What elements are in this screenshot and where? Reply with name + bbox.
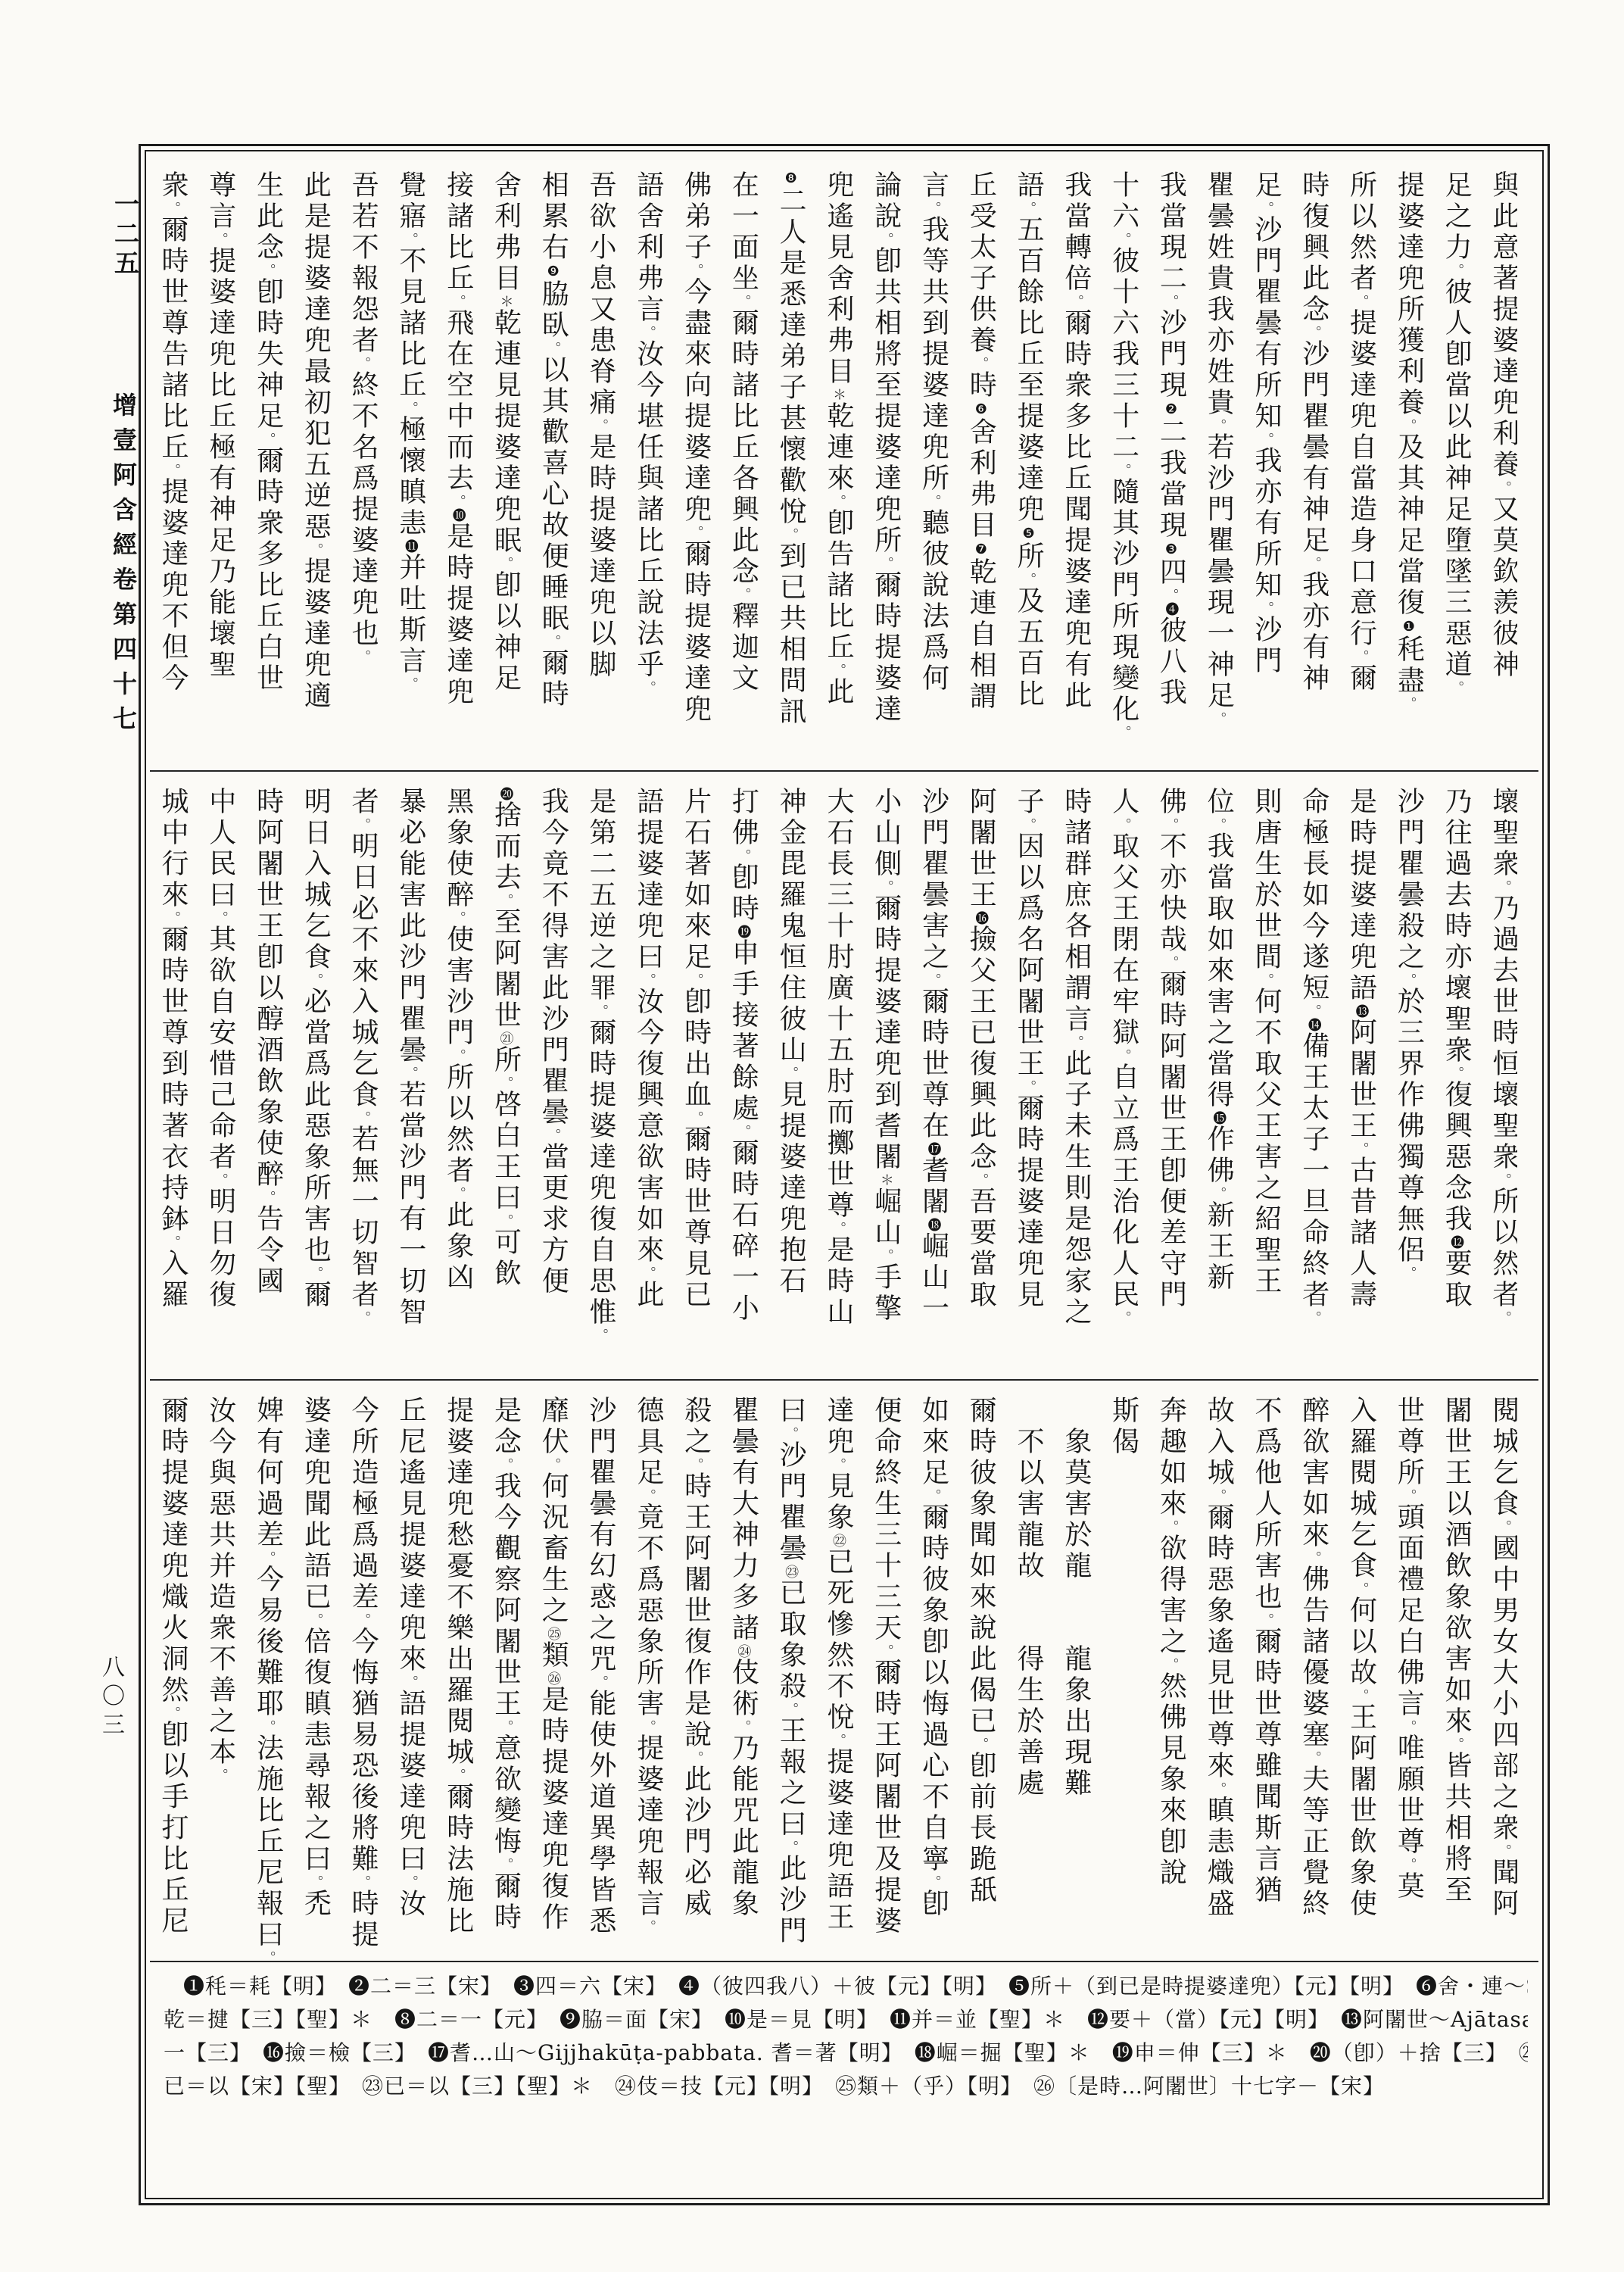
text-column: 提婆達兜所獲利養。及其神足當復❶秏盡。 bbox=[1395, 170, 1422, 761]
text-column: 不爲他人所害也。爾時世尊雖聞斯言猶 bbox=[1252, 1396, 1280, 1965]
variant-apparatus: ❶秏＝耗【明】 ❷二＝三【宋】 ❸四＝六【宋】 ❹（彼四我八）＋彼【元】【明】 … bbox=[164, 1970, 1528, 2105]
text-column: 此是提婆達兜最初犯五逆惡。提婆達兜適 bbox=[301, 170, 329, 761]
apparatus-divider bbox=[150, 1961, 1538, 1962]
register-middle: 壞聖衆。乃過去世時恒壞聖衆。所以然者。乃往過去時亦壞聖衆。復興惡念我⓬要取沙門瞿… bbox=[159, 787, 1517, 1369]
text-column: 論說。卽共相將至提婆達兜所。爾時提婆達 bbox=[872, 170, 899, 761]
text-column: 闍世王以酒飲象欲害如來。皆共相將至 bbox=[1442, 1396, 1470, 1965]
text-column: 沙門瞿曇殺之。於三界作佛獨尊無侶。 bbox=[1395, 787, 1422, 1369]
text-column: 佛。不亦快哉。爾時阿闍世王卽便差守門 bbox=[1157, 787, 1184, 1369]
text-column: 壞聖衆。乃過去世時恒壞聖衆。所以然者。 bbox=[1490, 787, 1517, 1369]
register-divider bbox=[150, 1379, 1538, 1381]
text-column: 達兜。見象㉒已死慘然不悅。提婆達兜語王 bbox=[824, 1396, 852, 1965]
text-column: 時復興此念。沙門瞿曇有神足。我亦有神 bbox=[1300, 170, 1327, 761]
text-column: 片石著如來足。卽時出血。爾時世尊見已 bbox=[682, 787, 709, 1369]
text-column: 殺之。時王阿闍世復作是說。此沙門必威 bbox=[682, 1396, 709, 1965]
text-column: 中人民曰。其欲自安惜己命者。明日勿復 bbox=[207, 787, 234, 1369]
text-column: 汝今與惡共并造衆不善之本。 bbox=[207, 1396, 234, 1965]
text-column: 吾欲小息又患脊痛。是時提婆達兜以脚 bbox=[587, 170, 614, 761]
text-column: 大石長三十肘廣十五肘而擲世尊。是時山 bbox=[824, 787, 852, 1369]
text-column: 則唐生於世間。何不取父王害之紹聖王 bbox=[1252, 787, 1280, 1369]
text-column: 閱城乞食。國中男女大小四部之衆。聞阿 bbox=[1490, 1396, 1517, 1965]
text-frame: 與此意著提婆達兜利養。又莫欽羨彼神足之力。彼人卽當以此神足墮墜三惡道。提婆達兜所… bbox=[139, 144, 1550, 2205]
text-column: 便命終生三十三天。爾時王阿闍世及提婆 bbox=[872, 1396, 899, 1965]
text-column: 暴必能害此沙門瞿曇。若當沙門有一切智 bbox=[397, 787, 424, 1369]
text-column: 吾若不報怨者。終不名爲提婆達兜也。 bbox=[349, 170, 376, 761]
text-column: 沙門瞿曇害之。爾時世尊在⓱耆闍⓲崛山一 bbox=[920, 787, 947, 1369]
register-lower: 閱城乞食。國中男女大小四部之衆。聞阿闍世王以酒飲象欲害如來。皆共相將至世尊所。頭… bbox=[159, 1396, 1517, 1965]
text-column: 德具足。竟不爲惡象所害。提婆達兜報言。 bbox=[634, 1396, 662, 1965]
text-column: 是第二五逆之罪。爾時提婆達兜復自思惟。 bbox=[587, 787, 614, 1369]
text-column: 丘受太子供養。時❻舍利弗目❼乾連自相謂 bbox=[967, 170, 994, 761]
text-column: 打佛。卽時⓳申手接著餘處。爾時石碎一小 bbox=[729, 787, 756, 1369]
text-column: 乃往過去時亦壞聖衆。復興惡念我⓬要取 bbox=[1442, 787, 1470, 1369]
text-column: 提婆達兜愁憂不樂出羅閱城。爾時法施比 bbox=[444, 1396, 472, 1965]
text-column: 足。沙門瞿曇有所知。我亦有所知。沙門 bbox=[1252, 170, 1280, 761]
text-column: 沙門瞿曇有幻惑之咒。能使外道異學皆悉 bbox=[587, 1396, 614, 1965]
text-column: 生此念。卽時失神足。爾時衆多比丘白世 bbox=[254, 170, 282, 761]
text-column: 瞿曇姓貴我亦姓貴。若沙門瞿曇現一神足。 bbox=[1205, 170, 1232, 761]
text-column: 今所造極爲過差。今悔猶易恐後將難。時提 bbox=[349, 1396, 376, 1965]
text-column: 相累右❾脇臥。以其歡喜心故便睡眠。爾時 bbox=[539, 170, 566, 761]
text-column: 尊言。提婆達兜比丘極有神足乃能壞聖 bbox=[207, 170, 234, 761]
text-column: 兜遙見舍利弗目＊乾連來。卽告諸比丘。此 bbox=[824, 170, 852, 761]
text-column: 明日入城乞食。必當爲此惡象所害也。爾 bbox=[301, 787, 329, 1369]
text-column: 入羅閱城乞食。何以故。王阿闍世飲象使 bbox=[1348, 1396, 1375, 1965]
margin-folio-label: 一二五 bbox=[108, 191, 143, 279]
apparatus-line: ❶秏＝耗【明】 ❷二＝三【宋】 ❸四＝六【宋】 ❹（彼四我八）＋彼【元】【明】 … bbox=[164, 1970, 1528, 2003]
apparatus-line: 乾＝揵【三】【聖】＊ ❽二＝一【元】 ❾脇＝面【宋】 ❿是＝見【明】 ⓫并＝並【… bbox=[164, 2003, 1528, 2036]
text-column: 黑象使醉。使害沙門。所以然者。此象凶 bbox=[444, 787, 472, 1369]
text-column: 時諸群庶各相謂言。此子未生則是怨家之 bbox=[1062, 787, 1089, 1369]
text-column: 語。五百餘比丘至提婆達兜❺所。及五百比 bbox=[1015, 170, 1042, 761]
text-column: ⓴捨而去。至阿闍世㉑所。啓白王曰。可飲 bbox=[491, 787, 519, 1369]
scanned-sutra-page: 一二五 增壹阿含經卷第四十七 八〇三 與此意著提婆達兜利養。又莫欽羨彼神足之力。… bbox=[0, 0, 1624, 2272]
text-column: 神金毘羅鬼恒住彼山。見提婆達兜抱石 bbox=[777, 787, 804, 1369]
text-column: 不以害龍故 得生於善處 bbox=[1015, 1396, 1042, 1965]
text-column: 我當現二。沙門現❷二我當現❸四。❹彼八我 bbox=[1157, 170, 1184, 761]
text-column: 在一面坐。爾時諸比丘各興此念。釋迦文 bbox=[729, 170, 756, 761]
register-divider bbox=[150, 770, 1538, 772]
text-column: 阿闍世王⓰撿父王已復興此念。吾要當取 bbox=[967, 787, 994, 1369]
text-column: 接諸比丘。飛在空中而去。❿是時提婆達兜 bbox=[444, 170, 472, 761]
text-column: 曰。沙門瞿曇㉓已取象殺。王報之曰。此沙門 bbox=[777, 1396, 804, 1965]
text-column: 婢有何過差。今易後難耶。法施比丘尼報曰。 bbox=[254, 1396, 282, 1965]
text-column: 時阿闍世王卽以醇酒飲象使醉。告令國 bbox=[254, 787, 282, 1369]
text-column: 象莫害於龍 龍象出現難 bbox=[1062, 1396, 1089, 1965]
text-column: 與此意著提婆達兜利養。又莫欽羨彼神 bbox=[1490, 170, 1517, 761]
margin-scroll-title: 增壹阿含經卷第四十七 bbox=[106, 392, 141, 741]
text-column: 瞿曇有大神力多諸㉔伎術。乃能咒此龍象 bbox=[729, 1396, 756, 1965]
text-column: 命極長如今遂短。⓮備王太子一旦命終者。 bbox=[1300, 787, 1327, 1369]
text-column: 語提婆達兜曰。汝今復興意欲害如來。此 bbox=[634, 787, 662, 1369]
text-column: 語舍利弗言。汝今堪任與諸比丘說法乎。 bbox=[634, 170, 662, 761]
text-column: ❽二人是悉達弟子甚懷歡悅。到已共相問訊 bbox=[777, 170, 804, 761]
text-column: 小山側。爾時提婆達兜到耆闍＊崛山。手擎 bbox=[872, 787, 899, 1369]
apparatus-line: 已＝以【宋】【聖】 ㉓已＝以【三】【聖】＊ ㉔伎＝技【元】【明】 ㉕類＋（乎）【… bbox=[164, 2070, 1528, 2103]
text-column: 位。我當取如來害之當得⓯作佛。新王新 bbox=[1205, 787, 1232, 1369]
text-column: 世尊所。頭面禮足白佛言。唯願世尊。莫 bbox=[1395, 1396, 1422, 1965]
text-column: 足之力。彼人卽當以此神足墮墜三惡道。 bbox=[1442, 170, 1470, 761]
text-column: 佛弟子。今盡來向提婆達兜。爾時提婆達兜 bbox=[682, 170, 709, 761]
text-column: 我今竟不得害此沙門瞿曇。當更求方便 bbox=[539, 787, 566, 1369]
text-column: 婆達兜聞此語已。倍復瞋恚尋報之曰。禿 bbox=[301, 1396, 329, 1965]
text-column: 覺寤。不見諸比丘。極懷瞋恚⓫并吐斯言。 bbox=[397, 170, 424, 761]
text-column: 人。取父王閉在牢獄。自立爲王治化人民。 bbox=[1110, 787, 1137, 1369]
text-column: 醉欲害如來。佛告諸優婆塞。夫等正覺終 bbox=[1300, 1396, 1327, 1965]
text-column: 靡伏。何況畜生之㉕類㉖是時提婆達兜復作 bbox=[539, 1396, 566, 1965]
text-column: 斯偈 bbox=[1110, 1396, 1137, 1965]
apparatus-line: 一【三】 ⓰撿＝檢【三】 ⓱耆…山～Gijjhakūṭa-pabbata. 耆＝… bbox=[164, 2036, 1528, 2070]
text-column: 爾時彼象聞如來說此偈已。卽前長跪舐 bbox=[967, 1396, 994, 1965]
text-column: 言。我等共到提婆達兜所。聽彼說法爲何 bbox=[920, 170, 947, 761]
text-column: 是時提婆達兜語⓭阿闍世王。古昔諸人壽 bbox=[1348, 787, 1375, 1369]
text-column: 故入城。爾時惡象遙見世尊來。瞋恚熾盛 bbox=[1205, 1396, 1232, 1965]
text-column: 爾時提婆達兜熾火洞然。卽以手打比丘尼 bbox=[159, 1396, 186, 1965]
margin-page-number: 八〇三 bbox=[94, 1655, 127, 1741]
text-column: 城中行來。爾時世尊到時著衣持鉢。入羅 bbox=[159, 787, 186, 1369]
text-column: 奔趣如來。欲得害之。然佛見象來卽說 bbox=[1157, 1396, 1184, 1965]
text-column: 衆。爾時世尊告諸比丘。提婆達兜不但今 bbox=[159, 170, 186, 761]
text-column: 所以然者。提婆達兜自當造身口意行。爾 bbox=[1348, 170, 1375, 761]
text-column: 舍利弗目＊乾連見提婆達兜眠。卽以神足 bbox=[491, 170, 519, 761]
text-column: 者。明日必不來入城乞食。若無一切智者。 bbox=[349, 787, 376, 1369]
text-column: 丘尼遙見提婆達兜來。語提婆達兜曰。汝 bbox=[397, 1396, 424, 1965]
text-column: 十六。彼十六我三十二。隨其沙門所現變化。 bbox=[1110, 170, 1137, 761]
text-column: 我當轉倍。爾時衆多比丘聞提婆達兜有此 bbox=[1062, 170, 1089, 761]
text-column: 子。因以爲名阿闍世王。爾時提婆達兜見 bbox=[1015, 787, 1042, 1369]
text-column: 是念。我今觀察阿闍世王。意欲變悔。爾時 bbox=[491, 1396, 519, 1965]
register-upper: 與此意著提婆達兜利養。又莫欽羨彼神足之力。彼人卽當以此神足墮墜三惡道。提婆達兜所… bbox=[159, 170, 1517, 761]
text-column: 如來足。爾時彼象卽以悔過心不自寧。卽 bbox=[920, 1396, 947, 1965]
